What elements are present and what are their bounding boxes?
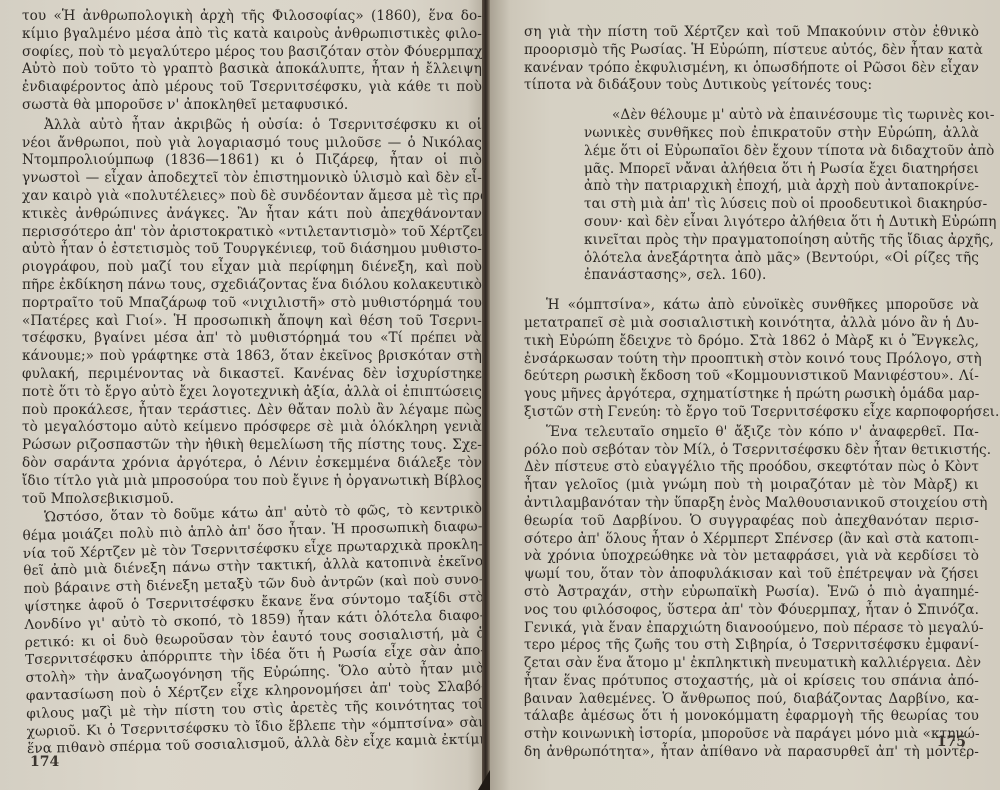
quote-line: νωνικὲς συνθῆκες ποὺ ἐπικρατοῦν στὴν Εὐρ… <box>584 125 979 143</box>
text-line: θεωρία τοῦ Δαρβίνου. Ὁ συγγραφέας ποὺ ἀπ… <box>524 513 979 531</box>
page-number-right: 175 <box>937 734 966 750</box>
text-line: στὸ Ἀστραχάν, στὴν εὐρωπαϊκὴ Ρωσία). Ἐνῶ… <box>524 584 979 602</box>
text-line: φυλακή, περιμένοντας νὰ δικαστεῖ. Κανένα… <box>22 366 482 384</box>
text-line: κανέναν τρόπο ἐκφυλισμένη, κι ὁπωσδήποτε… <box>524 60 979 78</box>
text-line: τὸ μεγαλόστομο αὐτὸ κείμενο πρόσφερε σὲ … <box>22 419 482 437</box>
text-line: τίποτα νὰ διδάξουν τοὺς Δυτικοὺς γείτονέ… <box>524 77 979 95</box>
text-line: κάνουμε;» ποὺ γράφτηκε στὰ 1863, ὅταν ἐκ… <box>22 348 482 366</box>
text-line: ρόλο ποὺ σεβόταν τὸν Μίλ, ὁ Τσερνιτσέφσκ… <box>524 442 979 460</box>
text-line: τάλαβε ἀμέσως ὅτι ἡ μονοκόμματη ἐφαρμογὴ… <box>524 708 979 726</box>
quote-line: «Δὲν θέλουμε μ' αὐτὸ νὰ ἐπαινέσουμε τὶς … <box>584 107 979 125</box>
text-line: σότερο ἀπ' ὅλους ἦταν ὁ Χέρμπερτ Σπένσερ… <box>524 531 979 549</box>
text-line: Ρώσων ριζοσπαστῶν τὴν ἠθικὴ θεμελίωση τῆ… <box>22 437 482 455</box>
text-line: ξιστῶν στὴ Γενεύη: τὸ ἔργο τοῦ Τσερνιτσέ… <box>524 404 979 422</box>
text-line: γνωστοὶ — εἶχαν ἀποδεχτεῖ τὸν ἐπιστημονι… <box>22 170 482 188</box>
left-paragraph-3: Ὡστόσο, ὅταν τὸ δοῦμε κάτω ἀπ' αὐτὸ τὸ φ… <box>22 501 469 759</box>
quote-line: ὁλότελα ἀνεξάρτητα ἀπὸ μᾶς» (Βεντούρι, «… <box>584 250 979 268</box>
left-paragraph-1: του «Ἡ ἀνθρωπολογικὴ ἀρχὴ τῆς Φιλοσοφίας… <box>22 8 464 115</box>
quote-line: μᾶς. Μπορεῖ νἄναι ἀλήθεια ὅτι ἡ Ρωσία ἔχ… <box>584 161 979 179</box>
text-line: Γενικά, γιὰ ἕναν ἐπαρχιώτη διανοούμενο, … <box>524 620 979 638</box>
right-page: ση γιὰ τὴν πίστη τοῦ Χέρτζεν καὶ τοῦ Μπα… <box>490 0 1000 790</box>
text-line: δεύτερη ρωσικὴ ἔκδοση τοῦ «Κομμουνιστικο… <box>524 368 979 386</box>
text-line: δὸν σαράντα χρόνια ἀργότερα, ὁ Λένιν ἐσκ… <box>22 455 482 473</box>
text-line: αὐτὸ ἦταν ὁ ἐστετισμὸς τοῦ Τουργκένιεφ, … <box>22 241 482 259</box>
quote-line: ἀπὸ τὴν πατριαρχικὴ ἐποχή, μιὰ ἀρχὴ ποὺ … <box>584 178 979 196</box>
right-paragraph-2: Ἡ «όμπτσίνα», κάτω ἀπὸ εὐνοϊκὲς συνθῆκες… <box>524 297 986 422</box>
text-line: σοφίες, ποὺ τὸ μεγαλύτερο μέρος του βασι… <box>22 44 482 62</box>
page-number-left: 174 <box>30 754 59 770</box>
text-line: πῆρε ἐκδίκηση πάνω τους, σχεδιάζοντας ἕν… <box>22 277 482 295</box>
text-line: Ντομπρολιούμπωφ (1836—1861) κι ὁ Πιζάρεφ… <box>22 152 482 170</box>
text-line: ριογράφου, ποὺ μαζί του εἶχαν μιὰ περίφη… <box>22 259 482 277</box>
text-line: Αὐτὸ ποὺ τοῦτο τὸ γραπτὸ βασικὰ ἀποκάλυπ… <box>22 61 482 79</box>
text-line: ψωμί του, ὅταν τὸν ἀποφυλάκισαν καὶ τοῦ … <box>524 566 979 584</box>
text-line: περισσότερο ἀπ' τὸν ἀριστοκρατικὸ «ντιλε… <box>22 224 482 242</box>
text-line: ἐνσάρκωσαν τούτη τὴν προοπτικὴ στὸν κοιν… <box>524 351 979 369</box>
text-line: δη ἀνθρωπότητα», ἦταν ἀπίθανο νὰ παρασυρ… <box>524 744 979 762</box>
text-line: νέοι ἄνθρωποι, ποὺ γιὰ λογαριασμό τους μ… <box>22 135 482 153</box>
text-line: ση γιὰ τὴν πίστη τοῦ Χέρτζεν καὶ τοῦ Μπα… <box>524 24 979 42</box>
text-line: Δὲν πίστευε στὸ εὐαγγέλιο τῆς προόδου, σ… <box>524 459 979 477</box>
quote-line: κινεῖται πρὸς τὴν πραγματοποίηση αὐτῆς τ… <box>584 232 979 250</box>
quote-line: σουν· καὶ δὲν εἶναι λιγότερο ἀλήθεια ὅτι… <box>584 214 979 232</box>
text-line: Ἕνα τελευταῖο σημεῖο θ' ἄξιζε τὸν κόπο ν… <box>524 424 979 442</box>
left-paragraph-2: Ἀλλὰ αὐτὸ ἦταν ἀκριβῶς ἡ οὐσία: ὁ Τσερνι… <box>22 117 464 509</box>
text-line: ἦταν γελοῖος (μιὰ γνώμη ποὺ τὴ μοιραζότα… <box>524 477 979 495</box>
text-line: κτικὲς ἀνθρώπινες ἀνάγκες. Ἂν ἦταν κάτι … <box>22 206 482 224</box>
text-line: ποὺ προκάλεσε, ἦταν τεράστιες. Δὲν θἄταν… <box>22 402 482 420</box>
text-line: χαν καιρὸ γιὰ «πολυτέλειες» ποὺ δὲ συνδέ… <box>22 188 482 206</box>
book-spread: του «Ἡ ἀνθρωπολογικὴ ἀρχὴ τῆς Φιλοσοφίας… <box>0 0 1000 790</box>
text-line: κίμιο βγαλμένο μέσα ἀπὸ τὶς κατὰ καιροὺς… <box>22 26 482 44</box>
left-page: του «Ἡ ἀνθρωπολογικὴ ἀρχὴ τῆς Φιλοσοφίας… <box>0 0 482 790</box>
text-line: βαιναν λαθεμένες. Ὁ ἄνθρωπος πού, διαβάζ… <box>524 691 979 709</box>
text-line: ἦταν ἕνας πρότυπος στοχαστής, μὰ οἱ κρίσ… <box>524 673 979 691</box>
block-quote: «Δὲν θέλουμε μ' αὐτὸ νὰ ἐπαινέσουμε τὶς … <box>524 107 986 285</box>
text-line: νὰ χρόνια ὑποχρεώθηκε νὰ τὸν μεταφράσει,… <box>524 548 979 566</box>
quote-line: ται στὴ μιὰ ἀπ' τὶς λύσεις ποὺ οἱ προοδε… <box>584 196 979 214</box>
text-line: του «Ἡ ἀνθρωπολογικὴ ἀρχὴ τῆς Φιλοσοφίας… <box>22 8 482 26</box>
text-line: «Πατέρες καὶ Γιοί». Ἡ προσωπικὴ ἄποψη κα… <box>22 313 482 331</box>
text-line: ἴδιο τίτλο γιὰ μιὰ μπροσούρα του ποὺ ἔγι… <box>22 473 482 491</box>
text-line: μετατραπεῖ σὲ μιὰ σοσιαλιστικὴ κοινότητα… <box>524 315 979 333</box>
text-line: στὴν κοινωνικὴ ἱστορία, μποροῦσε νὰ παρά… <box>524 726 979 744</box>
text-line: σωστὰ θὰ μποροῦσε ν' ἀποκληθεῖ μεταφυσικ… <box>22 97 482 115</box>
text-line: τσέφσκυ, βγαίνει μέσα ἀπ' τὸ μυθιστόρημά… <box>22 330 482 348</box>
text-line: Ἡ «όμπτσίνα», κάτω ἀπὸ εὐνοϊκὲς συνθῆκες… <box>524 297 979 315</box>
text-line: Ἀλλὰ αὐτὸ ἦταν ἀκριβῶς ἡ οὐσία: ὁ Τσερνι… <box>22 117 482 135</box>
right-paragraph-1: ση γιὰ τὴν πίστη τοῦ Χέρτζεν καὶ τοῦ Μπα… <box>524 24 986 95</box>
book-gutter <box>482 0 490 790</box>
right-paragraph-3: Ἕνα τελευταῖο σημεῖο θ' ἄξιζε τὸν κόπο ν… <box>524 424 986 762</box>
text-line: νος του φιλόσοφος, ὕστερα ἀπ' τὸν Φόυερμ… <box>524 602 979 620</box>
quote-line: λέμε ὅτι οἱ Εὐρωπαῖοι δὲν ἔχουν τίποτα ν… <box>584 143 979 161</box>
text-line: τικὴ Εὐρώπη ἔδειχνε τὸ δρόμο. Στὰ 1862 ὁ… <box>524 333 979 351</box>
text-line: γους μῆνες ἀργότερα, σχηματίστηκε ἡ πρώτ… <box>524 386 979 404</box>
text-line: ποτὲ ὅτι τὸ ἔργο αὐτὸ ἔχει λογοτεχνικὴ ἀ… <box>22 384 482 402</box>
text-line: πορτραῖτο τοῦ Μπαζάρωφ τοῦ «νιχιλιστῆ» σ… <box>22 295 482 313</box>
quote-line: ἐπανάστασης», σελ. 160). <box>584 267 979 285</box>
text-line: τερο μέρος τῆς ζωῆς του στὴ Σιβηρία, ὁ Τ… <box>524 637 979 655</box>
text-line: προορισμὸ τῆς Ρωσίας. Ἡ Εὐρώπη, πίστευε … <box>524 42 979 60</box>
text-line: ἐνδιαφέροντος ἀπὸ μέρους τοῦ Τσερνιτσέφσ… <box>22 79 482 97</box>
text-line: ἀντιλαμβανόταν τὴν ὕπαρξη ἑνὸς Μαλθουσια… <box>524 495 979 513</box>
text-line: ζεται σὰν ἕνα ἄτομο μ' ἐκπληκτικὴ πνευμα… <box>524 655 979 673</box>
